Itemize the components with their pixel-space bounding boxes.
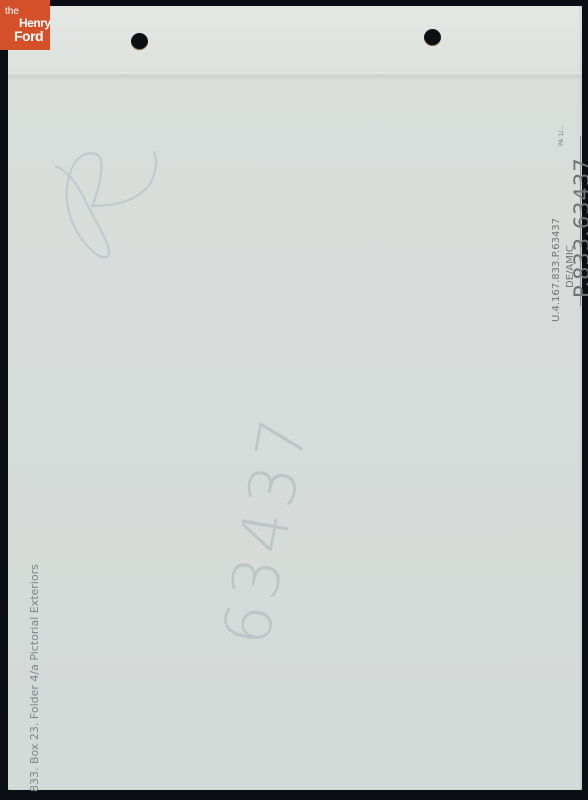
right-tiny-note: PA 1/...	[558, 125, 565, 146]
accession-number: P.833.63437	[570, 157, 588, 298]
catalog-code: U.4.167.833.P.63437	[551, 218, 562, 322]
large-photo-number: 63437	[210, 408, 323, 651]
punch-hole-left	[131, 33, 148, 50]
large-letter-r-mark	[38, 144, 168, 264]
document-page: 63437 833. Box 23. Folder 4/a Pictorial …	[8, 6, 582, 790]
fold-line	[8, 72, 582, 80]
logo-the: the	[5, 7, 19, 17]
henry-ford-logo: the Henry Ford	[0, 0, 50, 50]
accession-underline	[580, 136, 581, 306]
logo-ford: Ford	[14, 29, 43, 43]
punch-hole-right	[424, 29, 441, 46]
folder-note: 833. Box 23. Folder 4/a Pictorial Exteri…	[28, 564, 41, 792]
